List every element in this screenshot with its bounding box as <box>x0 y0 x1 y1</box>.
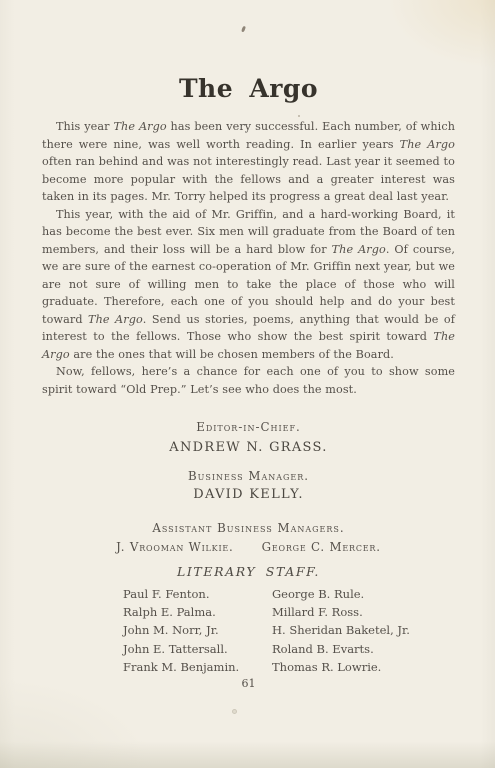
italic-text-run: The Argo <box>88 313 143 326</box>
text-run: are the ones that will be chosen members… <box>70 348 394 361</box>
assistant-business-managers-names: J. Vrooman Wilkie. George C. Mercer. <box>42 540 455 555</box>
staff-member-name: John M. Norr, Jr. <box>123 621 272 639</box>
book-page: The Argo This year The Argo has been ver… <box>0 0 495 768</box>
staff-member-name: Frank M. Benjamin. <box>123 658 272 676</box>
business-manager-name: DAVID KELLY. <box>42 487 455 503</box>
italic-text-run: The Argo <box>400 138 455 151</box>
paper-blemish <box>232 709 237 714</box>
page-title: The Argo <box>42 76 455 102</box>
assistant-manager-name: George C. Mercer. <box>262 540 381 555</box>
text-run: This year <box>56 120 113 133</box>
paragraph-2: This year, with the aid of Mr. Griffin, … <box>42 206 455 364</box>
article-body: This year The Argo has been very success… <box>42 118 455 398</box>
italic-text-run: The Argo <box>332 243 386 256</box>
literary-staff-list: Paul F. Fenton. Ralph E. Palma. John M. … <box>123 585 455 676</box>
staff-member-name: H. Sheridan Baketel, Jr. <box>272 621 455 639</box>
literary-staff-left-column: Paul F. Fenton. Ralph E. Palma. John M. … <box>123 585 272 676</box>
staff-member-name: Paul F. Fenton. <box>123 585 272 603</box>
text-run: Now, fellows, here’s a chance for each o… <box>42 365 455 396</box>
editor-in-chief-heading: Editor-in-Chief. <box>42 420 455 434</box>
page-number: 61 <box>42 677 455 690</box>
assistant-business-managers-heading: Assistant Business Managers. <box>42 521 455 535</box>
staff-member-name: Thomas R. Lowrie. <box>272 658 455 676</box>
ink-speck <box>241 26 245 32</box>
italic-text-run: The Argo <box>113 120 166 133</box>
paragraph-1: This year The Argo has been very success… <box>42 118 455 206</box>
staff-member-name: John E. Tattersall. <box>123 640 272 658</box>
ink-speck <box>298 115 300 117</box>
staff-member-name: Roland B. Evarts. <box>272 640 455 658</box>
literary-staff-heading: LITERARY STAFF. <box>42 564 455 579</box>
staff-member-name: Ralph E. Palma. <box>123 603 272 621</box>
paragraph-3: Now, fellows, here’s a chance for each o… <box>42 363 455 398</box>
assistant-manager-name: J. Vrooman Wilkie. <box>116 540 233 555</box>
editor-in-chief-name: ANDREW N. GRASS. <box>42 440 455 456</box>
literary-staff-right-column: George B. Rule. Millard F. Ross. H. Sher… <box>272 585 455 676</box>
business-manager-heading: Business Manager. <box>42 469 455 483</box>
staff-member-name: Millard F. Ross. <box>272 603 455 621</box>
text-run: often ran behind and was not interesting… <box>42 155 455 203</box>
staff-member-name: George B. Rule. <box>272 585 455 603</box>
